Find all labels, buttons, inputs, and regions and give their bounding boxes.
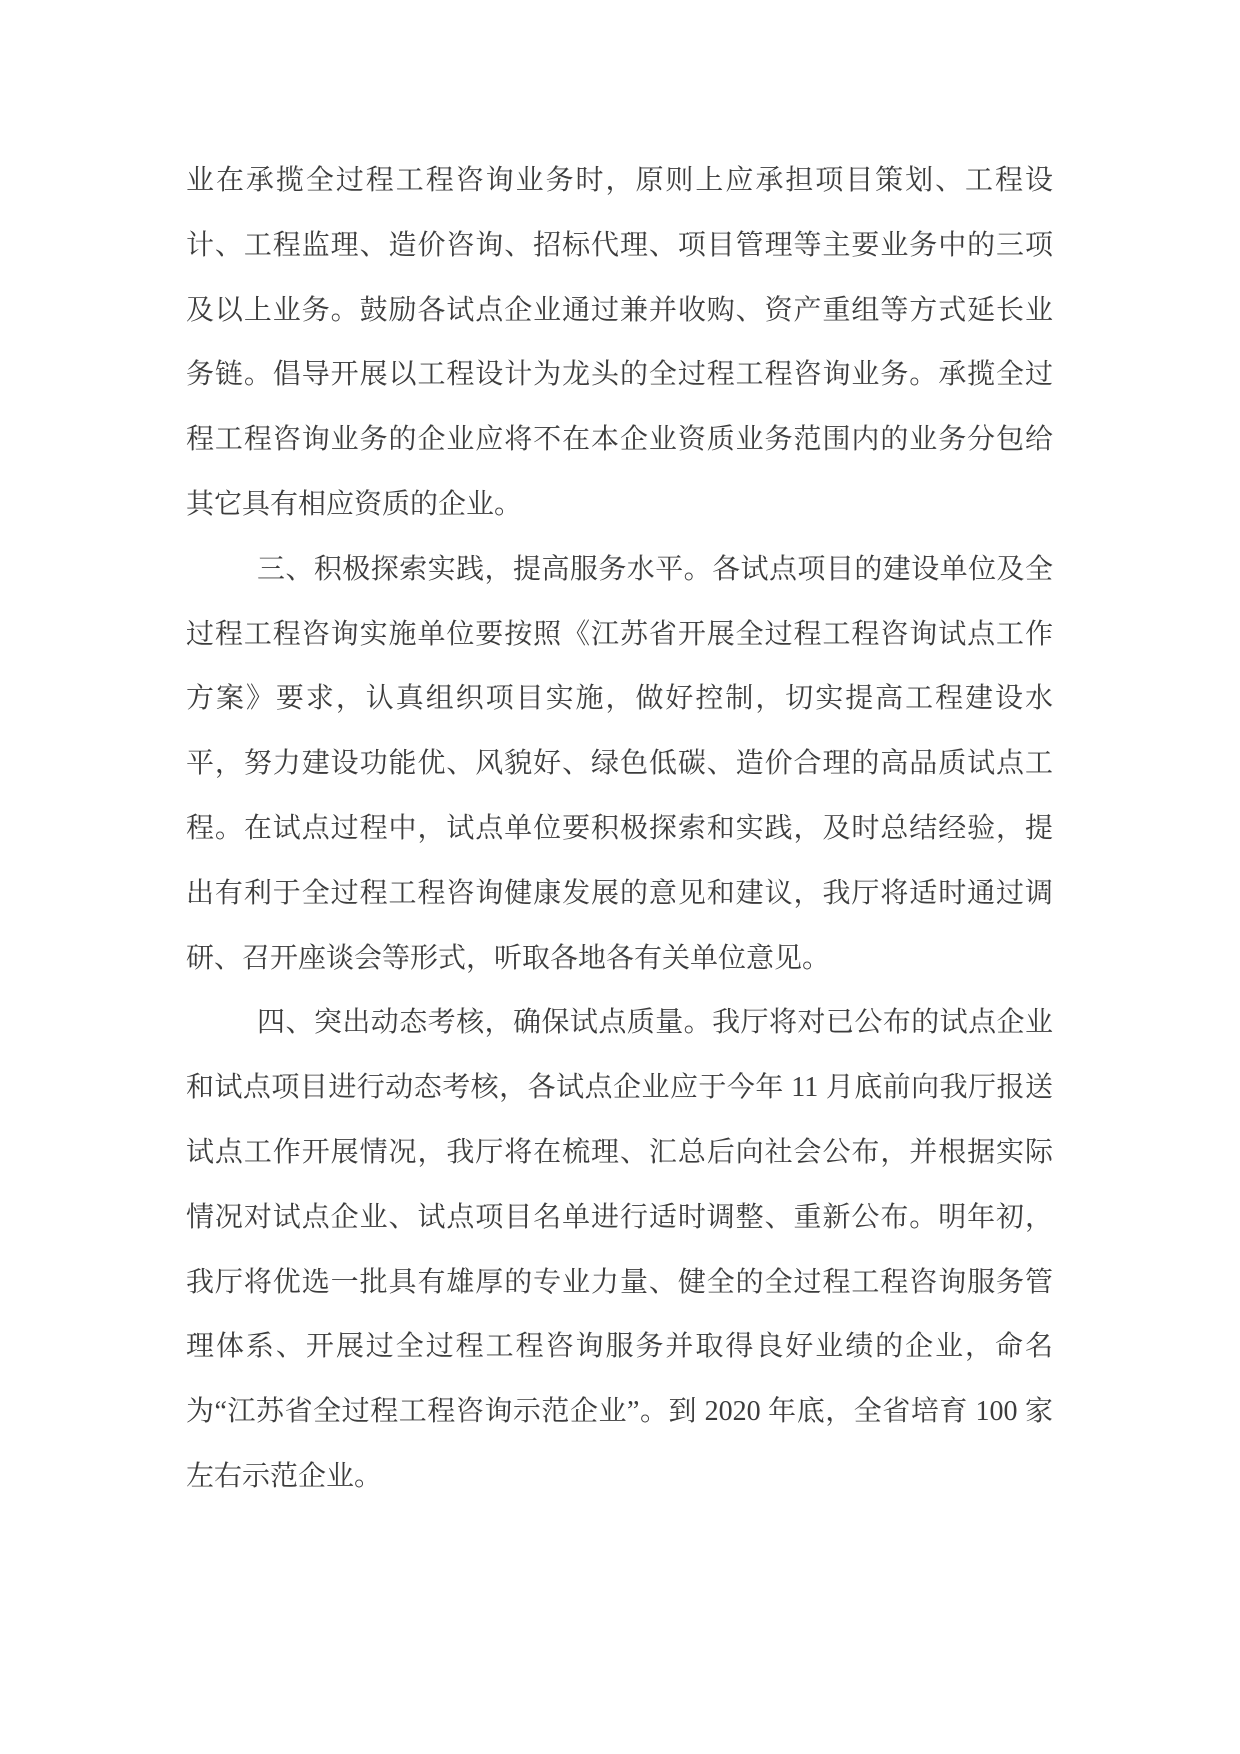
document-body: 业在承揽全过程工程咨询业务时，原则上应承担项目策划、工程设计、工程监理、造价咨询…: [186, 149, 1053, 1510]
paragraph-section-three: 三、积极探索实践，提高服务水平。各试点项目的建设单位及全过程工程咨询实施单位要按…: [186, 538, 1053, 992]
paragraph-continuation: 业在承揽全过程工程咨询业务时，原则上应承担项目策划、工程设计、工程监理、造价咨询…: [186, 149, 1053, 538]
document-page: 业在承揽全过程工程咨询业务时，原则上应承担项目策划、工程设计、工程监理、造价咨询…: [0, 0, 1240, 1754]
paragraph-section-four: 四、突出动态考核，确保试点质量。我厅将对已公布的试点企业和试点项目进行动态考核，…: [186, 991, 1053, 1509]
